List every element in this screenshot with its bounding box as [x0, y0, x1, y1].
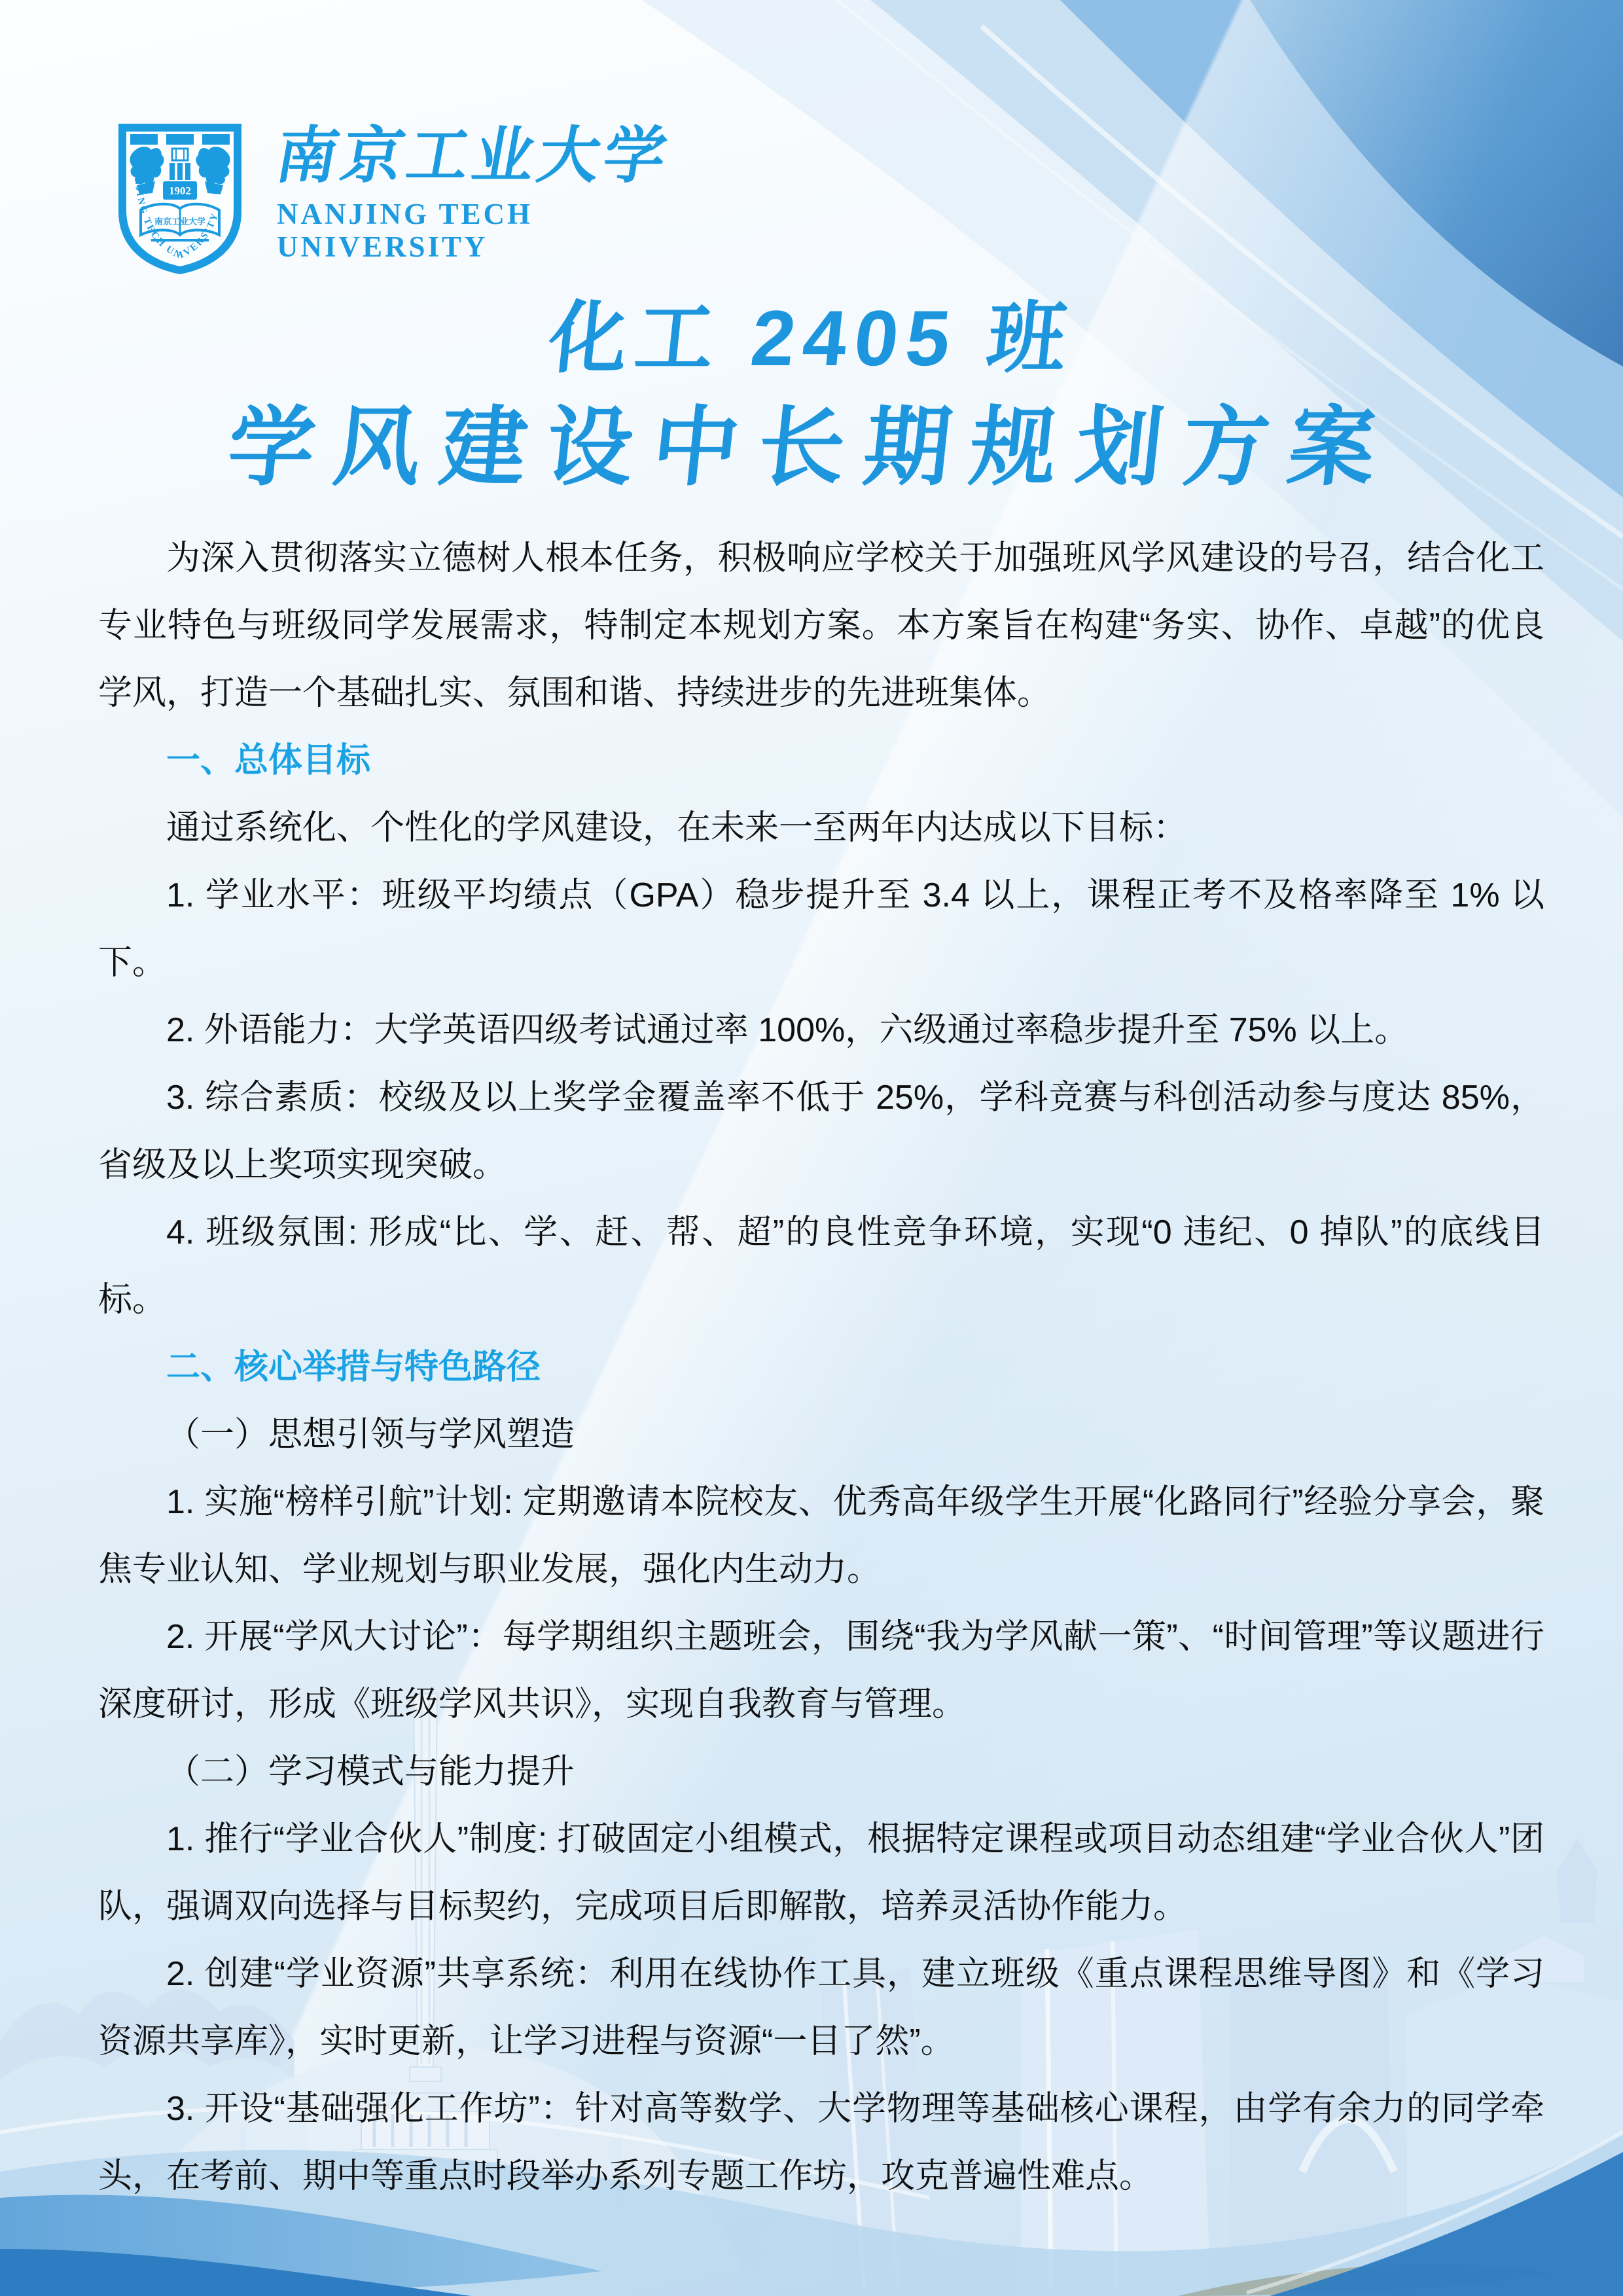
goal-item-1: 1. 学业水平：班级平均绩点（GPA）稳步提升至 3.4 以上，课程正考不及格率… — [98, 862, 1544, 997]
intro-paragraph: 为深入贯彻落实立德树人根本任务，积极响应学校关于加强班风学风建设的号召，结合化工… — [98, 525, 1544, 727]
university-name-en-line2: UNIVERSITY — [277, 230, 669, 263]
page-title-line1: 化工 2405 班 — [0, 293, 1623, 384]
subsection-1-heading: （一）思想引领与学风塑造 — [98, 1401, 1544, 1469]
page-title-line2: 学风建设中长期规划方案 — [0, 398, 1623, 497]
logo-year-label: 1902 — [169, 185, 191, 197]
goal-item-4: 4. 班级氛围: 形成“比、学、赶、帮、超”的良性竞争环境，实现“0 违纪、0 … — [98, 1199, 1544, 1334]
document-body: 为深入贯彻落实立德树人根本任务，积极响应学校关于加强班风学风建设的号召，结合化工… — [98, 525, 1544, 2210]
section-1-lead: 通过系统化、个性化的学风建设，在未来一至两年内达成以下目标： — [98, 795, 1544, 862]
section-2-heading: 二、核心举措与特色路径 — [98, 1334, 1544, 1401]
measure-1-1: 1. 实施“榜样引航”计划: 定期邀请本院校友、优秀高年级学生开展“化路同行”经… — [98, 1469, 1544, 1604]
poster-page: 1902 南京工业大学 NANJING TECH UNIVERSITY 南京工业… — [0, 0, 1623, 2296]
logo-year-plaque: 1902 — [163, 181, 197, 200]
subsection-2-heading: （二）学习模式与能力提升 — [98, 1738, 1544, 1806]
poster-title: 化工 2405 班 学风建设中长期规划方案 — [0, 293, 1623, 497]
measure-1-2: 2. 开展“学风大讨论”：每学期组织主题班会，围绕“我为学风献一策”、“时间管理… — [98, 1604, 1544, 1738]
university-name-cn: 南京工业大学 — [271, 124, 675, 188]
university-name-block: 南京工业大学 NANJING TECH UNIVERSITY — [277, 120, 669, 263]
measure-2-2: 2. 创建“学业资源”共享系统：利用在线协作工具，建立班级《重点课程思维导图》和… — [98, 1941, 1544, 2075]
section-1-heading: 一、总体目标 — [98, 727, 1544, 795]
goal-item-3: 3. 综合素质：校级及以上奖学金覆盖率不低于 25%，学科竞赛与科创活动参与度达… — [98, 1064, 1544, 1199]
university-logo: 1902 南京工业大学 NANJING TECH UNIVERSITY — [115, 120, 245, 277]
measure-2-3: 3. 开设“基础强化工作坊”：针对高等数学、大学物理等基础核心课程，由学有余力的… — [98, 2075, 1544, 2210]
university-brand-header: 1902 南京工业大学 NANJING TECH UNIVERSITY 南京工业… — [115, 120, 669, 277]
university-name-en-line1: NANJING TECH — [277, 198, 669, 230]
goal-item-2: 2. 外语能力：大学英语四级考试通过率 100%，六级通过率稳步提升至 75% … — [98, 997, 1544, 1064]
measure-2-1: 1. 推行“学业合伙人”制度: 打破固定小组模式，根据特定课程或项目动态组建“学… — [98, 1806, 1544, 1941]
logo-book-text: 南京工业大学 — [154, 217, 205, 226]
